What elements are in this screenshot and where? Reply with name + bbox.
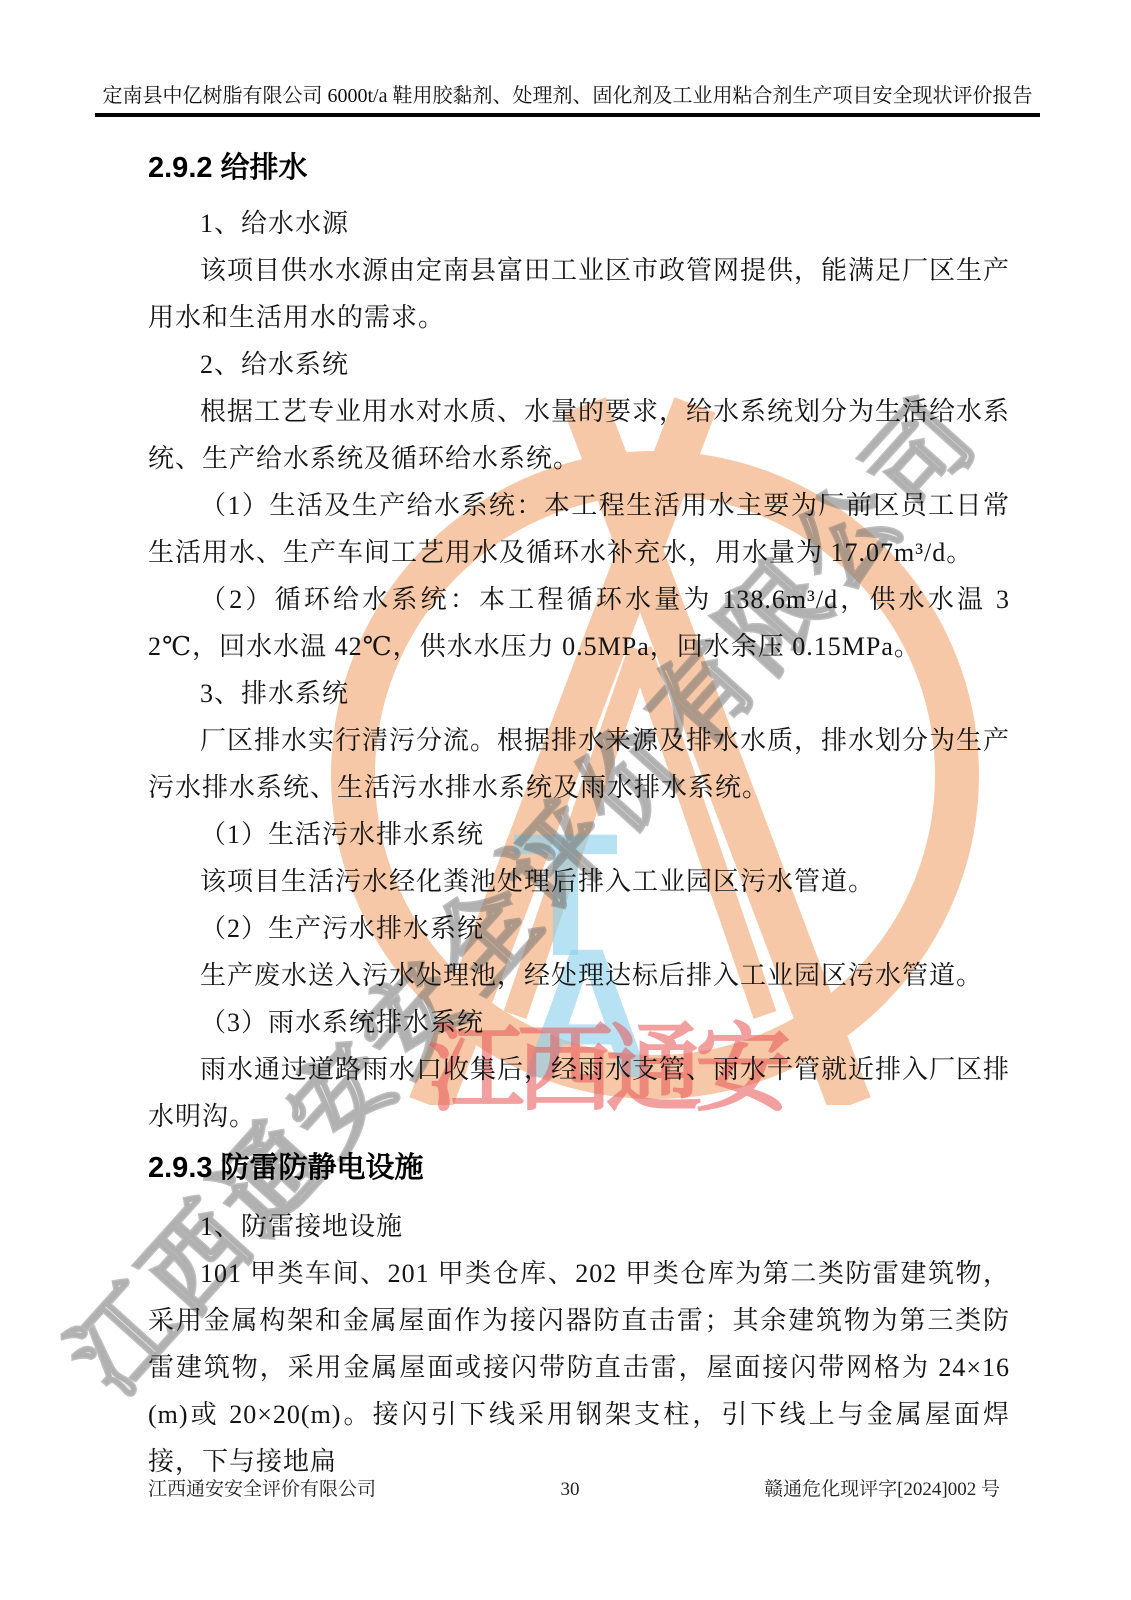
paragraph: 生产废水送入污水处理池，经处理达标后排入工业园区污水管道。 [148, 952, 1010, 999]
paragraph: 根据工艺专业用水对水质、水量的要求，给水系统划分为生活给水系统、生产给水系统及循… [148, 388, 1010, 482]
footer-page-number: 30 [561, 1478, 580, 1502]
paragraph: 1、防雷接地设施 [148, 1203, 1010, 1250]
section-heading-2-9-3: 2.9.3 防雷防静电设施 [148, 1149, 1010, 1187]
paragraph: （2）循环给水系统：本工程循环水量为 138.6m³/d，供水水温 32℃，回水… [148, 576, 1010, 670]
document-body: 2.9.2 给排水 1、给水水源 该项目供水水源由定南县富田工业区市政管网提供，… [148, 114, 1010, 1485]
paragraph: 101 甲类车间、201 甲类仓库、202 甲类仓库为第二类防雷建筑物，采用金属… [148, 1250, 1010, 1485]
footer-company: 江西通安安全评价有限公司 [148, 1478, 376, 1502]
paragraph: （1）生活及生产给水系统：本工程生活用水主要为厂前区员工日常生活用水、生产车间工… [148, 482, 1010, 576]
paragraph: 厂区排水实行清污分流。根据排水来源及排水水质，排水划分为生产污水排水系统、生活污… [148, 717, 1010, 811]
page-footer: 江西通安安全评价有限公司 30 赣通危化现评字[2024]002 号 [148, 1478, 1000, 1502]
paragraph: 1、给水水源 [148, 200, 1010, 247]
section-heading-2-9-2: 2.9.2 给排水 [148, 149, 1010, 187]
paragraph: 雨水通过道路雨水口收集后，经雨水支管、雨水干管就近排入厂区排水明沟。 [148, 1046, 1010, 1140]
paragraph: 该项目生活污水经化粪池处理后排入工业园区污水管道。 [148, 858, 1010, 905]
paragraph: （1）生活污水排水系统 [148, 811, 1010, 858]
document-page: T A 江西通安安全评价有限公司 江西通安 定南县中亿树脂有限公司 6000t/… [0, 0, 1131, 1600]
paragraph: （2）生产污水排水系统 [148, 905, 1010, 952]
paragraph: 2、给水系统 [148, 341, 1010, 388]
page-header-title: 定南县中亿树脂有限公司 6000t/a 鞋用胶黏剂、处理剂、固化剂及工业用粘合剂… [95, 83, 1040, 117]
paragraph: 3、排水系统 [148, 670, 1010, 717]
footer-doc-number: 赣通危化现评字[2024]002 号 [764, 1478, 1000, 1502]
paragraph: 该项目供水水源由定南县富田工业区市政管网提供，能满足厂区生产用水和生活用水的需求… [148, 247, 1010, 341]
paragraph: （3）雨水系统排水系统 [148, 999, 1010, 1046]
